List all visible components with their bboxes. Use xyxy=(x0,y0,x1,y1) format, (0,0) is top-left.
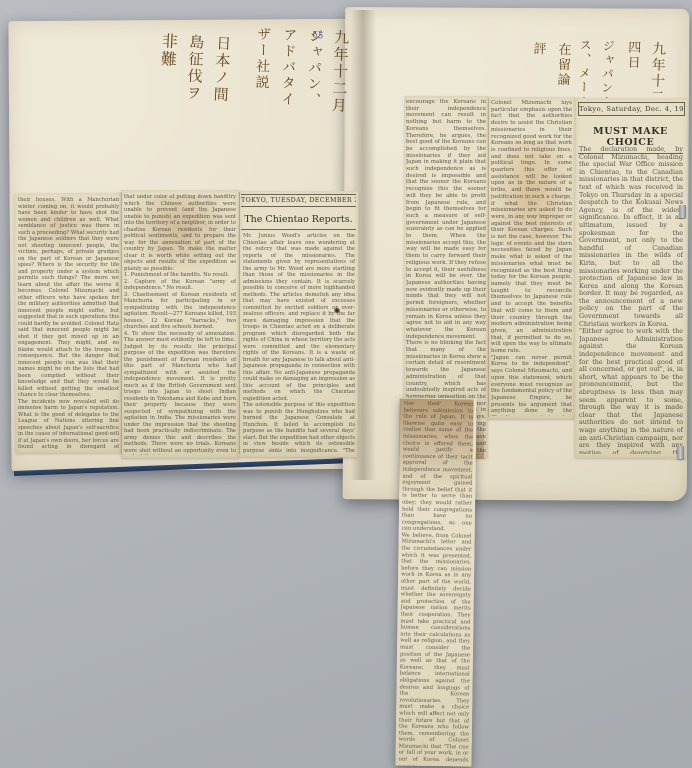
clipping-seam xyxy=(239,192,240,454)
handwritten-note-left-source: 九年十二月 ジャパン、 アドバタイ ザー社説 xyxy=(251,26,353,114)
handwriting-column: 評 xyxy=(527,41,548,87)
staple xyxy=(677,446,684,459)
handwriting-column: 非難 xyxy=(154,32,181,101)
scrapbook-photo: 65 九年十二月 ジャパン、 アドバタイ ザー社説 日本ノ間 島征伐ヲ 非難 t… xyxy=(0,0,692,768)
chientao-column-right-text: Mr. Junius Wood's articles on the Chient… xyxy=(243,233,355,454)
chientao-headline: The Chientao Reports. xyxy=(241,211,356,230)
handwriting-column: 日本ノ間 xyxy=(210,35,235,104)
chientao-column-middle-text: that under color of putting down banditr… xyxy=(124,194,236,455)
clipping-seam xyxy=(121,192,122,454)
choice-body-text: The declaration made, by Colonel Mizumac… xyxy=(579,146,683,454)
handwriting-column: 九年十二月 xyxy=(328,29,352,115)
handwriting-column: ジャパン、 xyxy=(303,28,326,114)
handwriting-column: アドバタイ xyxy=(277,27,300,113)
chientao-dateline: TOKYO, TUESDAY, DECEMBER 21, 1920 xyxy=(241,194,356,207)
handwritten-note-right-subject: 在留論 評 xyxy=(527,41,573,88)
clipping-seam xyxy=(488,99,489,417)
handwriting-column: ザー社説 xyxy=(251,26,274,112)
hanging-strip-text: vise their Korean believers submission t… xyxy=(398,401,473,762)
handwritten-note-left-subject: 日本ノ間 島征伐ヲ 非難 xyxy=(154,32,234,104)
handwriting-column: 島征伐ヲ xyxy=(183,34,208,103)
staple xyxy=(679,205,686,218)
mizumachi-column-right-text: Colonel Mizumachi lays particular emphas… xyxy=(491,100,572,416)
chientao-column-left-text: their houses. With a Manchurian winter c… xyxy=(18,197,119,450)
choice-dateline: Tokyo, Saturday, Dec. 4, 1920 xyxy=(578,102,685,116)
handwriting-column: 在留論 xyxy=(552,42,573,88)
